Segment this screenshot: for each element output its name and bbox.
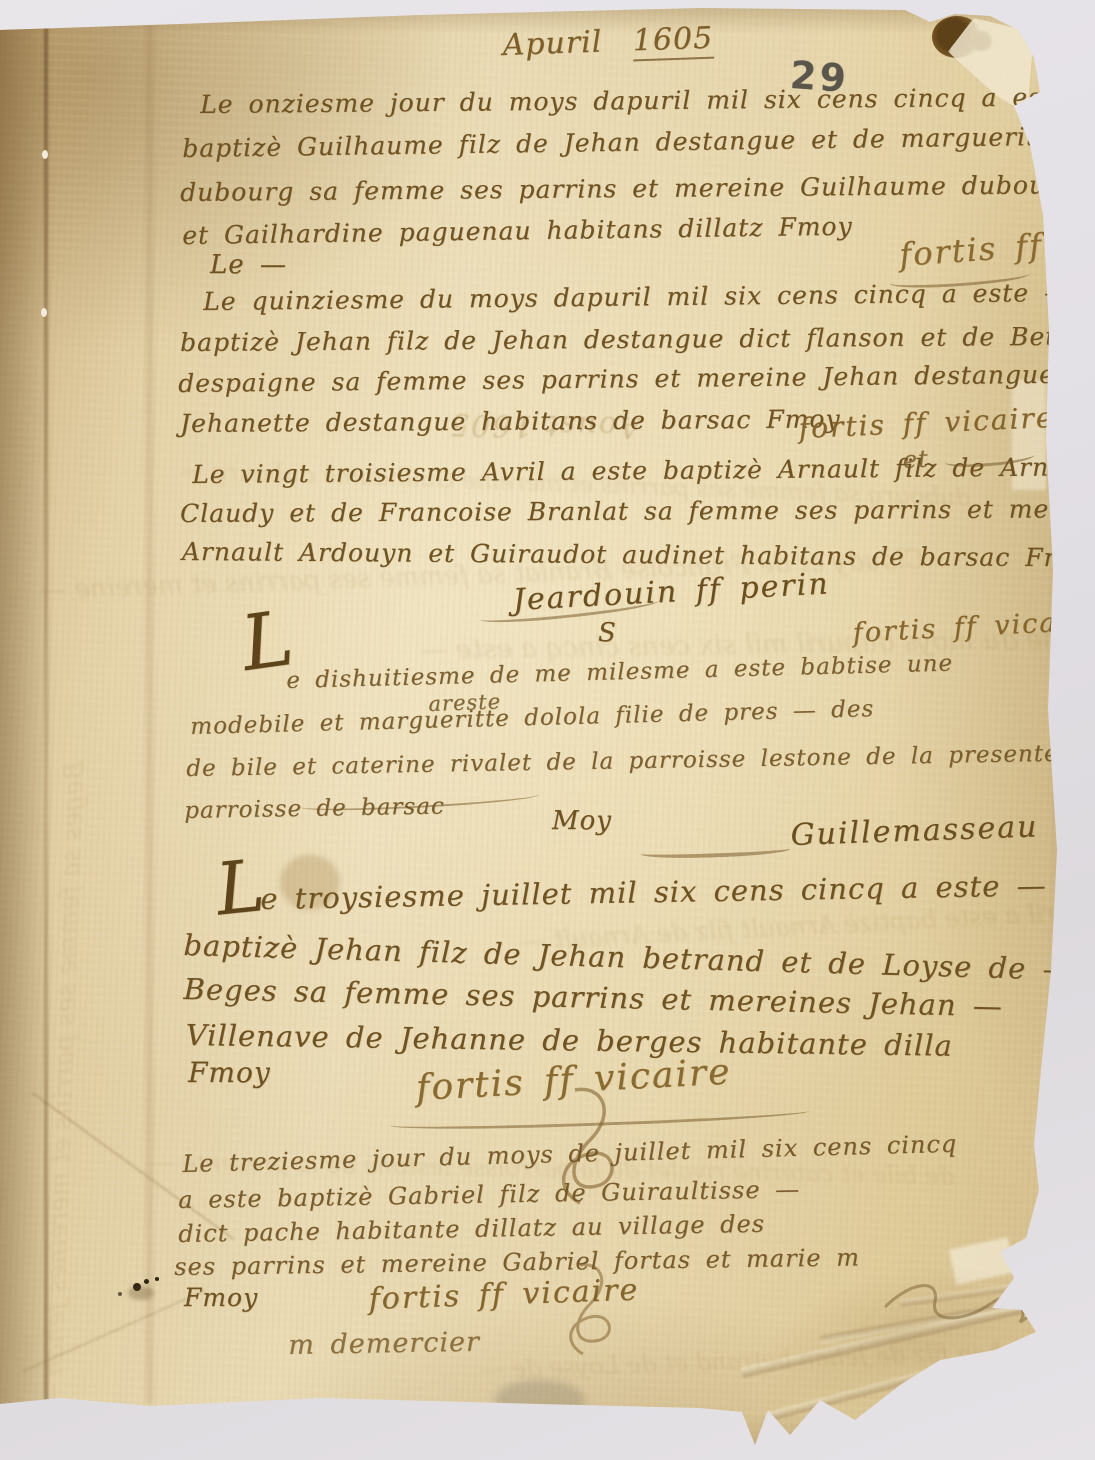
wax-stain-small — [968, 30, 994, 52]
entry-4-line-3: de bile et caterine rivalet de la parroi… — [186, 740, 1095, 782]
manuscript-scan: Aoust 1605 Claudy et de Francoise Branla… — [0, 0, 1095, 1460]
entry-6-fmoy: Fmoy — [184, 1283, 258, 1312]
wrinkle-fold — [769, 1342, 1032, 1421]
entry-3-line-1: Le vingt troisiesme Avril a este baptizè… — [192, 452, 1095, 489]
bleedthrough-text: Beges sa femme ses parrins et mereines J… — [37, 760, 90, 1411]
ink-spot — [155, 1277, 159, 1281]
page-title-month: Apuril — [502, 25, 603, 63]
binding-fold-crease — [44, 28, 48, 1400]
unreadable-signature-scrawl — [880, 1262, 1095, 1352]
diagonal-crease — [22, 1289, 206, 1372]
secondary-crease — [146, 24, 153, 1404]
ink-spot — [144, 1279, 149, 1284]
entry-2-line-2: baptizè Jehan filz de Jehan destangue di… — [180, 321, 1095, 357]
stitch-hole — [42, 150, 48, 159]
manuscript-page: Aoust 1605 Claudy et de Francoise Branla… — [0, 0, 1095, 1460]
paper-stain — [495, 1380, 585, 1420]
entry-1-line-1: Le onziesme jour du moys dapuril mil six… — [200, 82, 1095, 119]
page-title: Apuril 1605 — [502, 21, 714, 63]
entry-5-line-1: e troysiesme juillet mil six cens cincq … — [260, 868, 1047, 916]
entry-6-line-4: ses parrins et mereine Gabriel fortas et… — [174, 1243, 860, 1281]
entry-3-signature-mark: S — [598, 618, 617, 648]
entry-2-lead: Le — — [210, 250, 287, 280]
ink-smudge — [128, 1286, 154, 1300]
wax-stain — [932, 16, 982, 58]
entry-5-line-4: Villenave de Jehanne de berges habitante… — [186, 1018, 953, 1063]
signature-paraph — [555, 1262, 625, 1357]
entry-4-line-1: e dishuitiesme de me milesme a este babt… — [286, 651, 953, 694]
signature-flourish — [639, 825, 790, 860]
entry-1-signature-fortis: fortis ff — [898, 226, 1044, 274]
entry-6-line-2: a este baptizè Gabriel filz de Guiraulti… — [178, 1175, 800, 1214]
entry-4-signature-guillemasseau: Guillemasseau — [790, 809, 1039, 853]
entry-3-line-3: Arnault Ardouyn et Guiraudot audinet hab… — [182, 537, 1095, 572]
entry-3-signature-fortis: fortis ff vicaire — [852, 605, 1095, 649]
entry-2-line-4: Jehanette destangue habitans de barsac F… — [180, 404, 841, 438]
entry-2-line-1: Le quinziesme du moys dapuril mil six ce… — [203, 278, 1070, 316]
stitch-hole — [41, 308, 47, 317]
entry-6-line-3: dict pache habitante dillatz au village … — [178, 1210, 765, 1248]
entry-4-line-2: modebile et margueritte dolola filie de … — [190, 696, 875, 740]
entry-3-line-2: Claudy et de Francoise Branlat sa femme … — [180, 494, 1095, 528]
ink-spot — [118, 1292, 122, 1296]
ink-spot — [133, 1283, 141, 1291]
entry-4-moy: Moy — [552, 806, 612, 836]
entry-1-line-2: baptizè Guilhaume filz de Jehan destangu… — [182, 121, 1094, 163]
page-title-year: 1605 — [632, 21, 714, 62]
entry-6-signature-demercier: m demercier — [288, 1327, 480, 1361]
entry-1-line-3: dubourg sa femme ses parrins et mereine … — [180, 170, 1095, 207]
entry-1-line-4: et Gailhardine paguenau habitans dillatz… — [182, 212, 853, 250]
entry-2-line-3: despaigne sa femme ses parrins et merein… — [178, 359, 1095, 398]
entry-5-fmoy: Fmoy — [188, 1056, 271, 1089]
